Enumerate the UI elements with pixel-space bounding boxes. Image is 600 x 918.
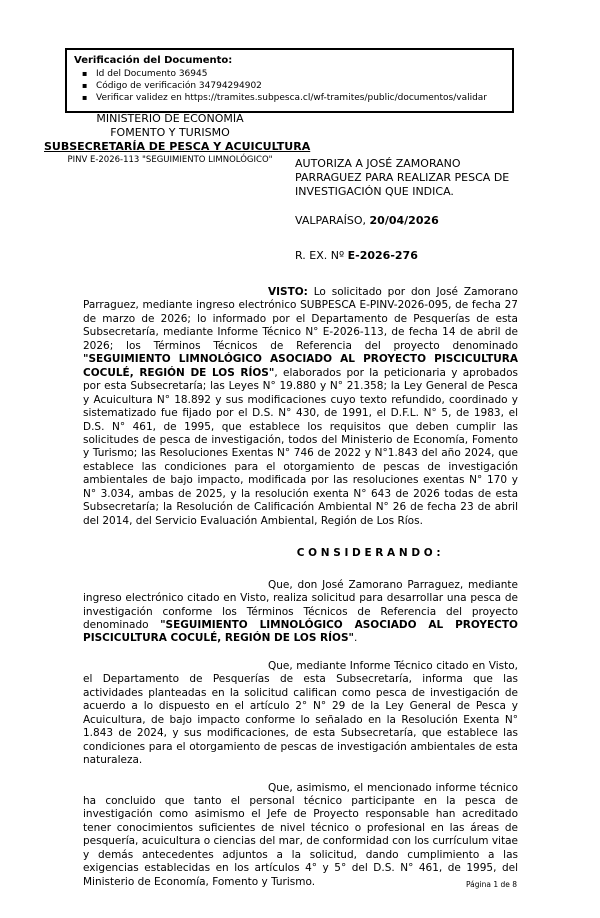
resolution-label: R. EX. Nº <box>295 249 348 262</box>
considerando-paragraph-3: Que, asimismo, el mencionado informe téc… <box>83 782 518 890</box>
list-item: ▪ Id del Documento 36945 <box>74 68 505 80</box>
verification-list: ▪ Id del Documento 36945 ▪ Código de ver… <box>74 68 505 104</box>
document-body: VISTO: Lo solicitado por don José Zamora… <box>83 286 518 903</box>
subject-block: AUTORIZA A JOSÉ ZAMORANO PARRAGUEZ PARA … <box>295 157 527 199</box>
place-date-line: VALPARAÍSO, 20/04/2026 <box>295 214 439 227</box>
considerando-paragraph-2: Que, mediante Informe Técnico citado en … <box>83 660 518 768</box>
resolution-number: E-2026-276 <box>348 249 418 262</box>
bullet-icon: ▪ <box>82 92 87 104</box>
place-label: VALPARAÍSO, <box>295 214 370 227</box>
list-item: ▪ Código de verificación 34794294902 <box>74 80 505 92</box>
considerando-heading: CONSIDERANDO: <box>83 547 518 560</box>
verification-title: Verificación del Documento: <box>74 55 505 66</box>
resolution-line: R. EX. Nº E-2026-276 <box>295 249 418 262</box>
ministry-line: MINISTERIO DE ECONOMÍA <box>44 112 296 126</box>
pinv-line: PINV E-2026-113 "SEGUIMIENTO LIMNOLÓGICO… <box>44 154 296 166</box>
agency-header: MINISTERIO DE ECONOMÍA FOMENTO Y TURISMO… <box>44 112 296 166</box>
verification-code: Código de verificación 34794294902 <box>96 81 262 91</box>
paragraph-text: . <box>354 632 357 644</box>
visto-text-2: , elaborados por la peticionaria y aprob… <box>83 367 518 527</box>
considerando-paragraph-1: Que, don José Zamorano Parraguez, median… <box>83 579 518 646</box>
validation-url: Verificar validez en https://tramites.su… <box>96 93 487 103</box>
verification-box: Verificación del Documento: ▪ Id del Doc… <box>65 48 514 113</box>
bullet-icon: ▪ <box>82 80 87 92</box>
visto-paragraph: VISTO: Lo solicitado por don José Zamora… <box>83 286 518 528</box>
bullet-icon: ▪ <box>82 68 87 80</box>
fomento-line: FOMENTO Y TURISMO <box>44 126 296 140</box>
list-item: ▪ Verificar validez en https://tramites.… <box>74 92 505 104</box>
document-id: Id del Documento 36945 <box>96 69 207 79</box>
document-page: Verificación del Documento: ▪ Id del Doc… <box>0 0 600 918</box>
date-value: 20/04/2026 <box>370 214 439 227</box>
visto-label: VISTO: <box>268 286 308 298</box>
paragraph-text: Que, asimismo, el mencionado informe téc… <box>83 782 518 888</box>
subsecretaria-line: SUBSECRETARÍA DE PESCA Y ACUICULTURA <box>44 140 296 154</box>
paragraph-text: Que, mediante Informe Técnico citado en … <box>83 660 518 766</box>
page-number: Página 1 de 8 <box>466 880 517 889</box>
